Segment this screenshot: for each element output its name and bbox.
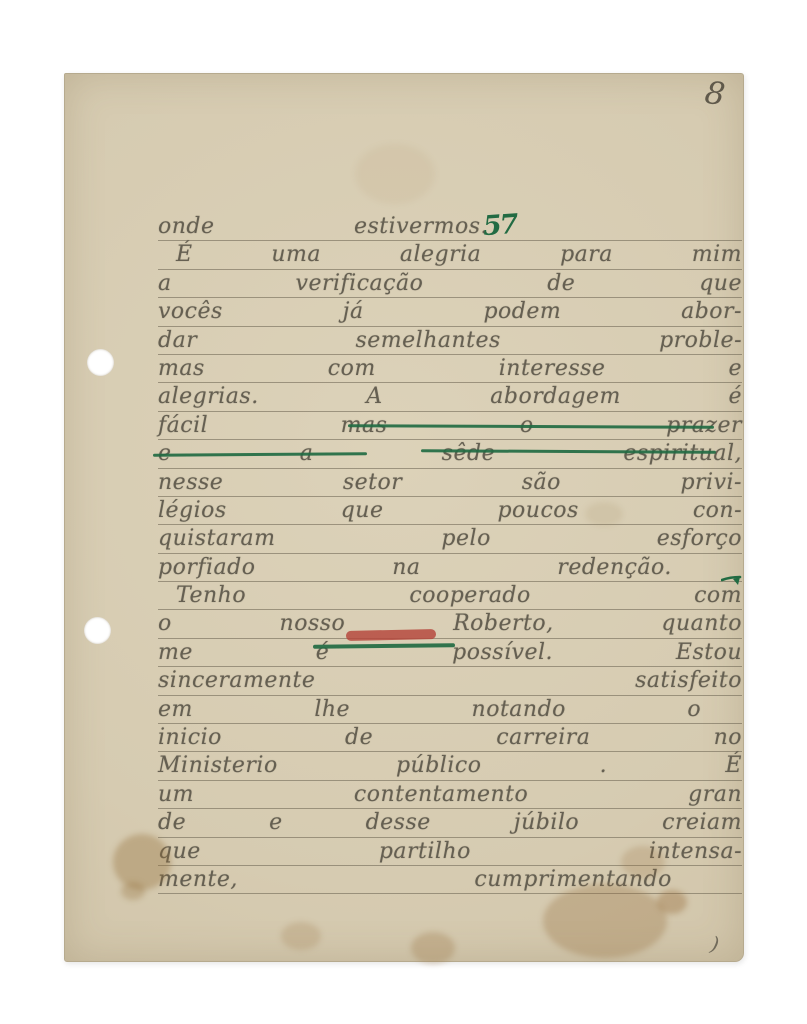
manuscript-line: quistaram pelo esforço <box>158 525 742 553</box>
stain <box>543 884 667 958</box>
manuscript-line: alegrias. A abordagem é <box>158 383 742 411</box>
stain <box>657 890 687 914</box>
manuscript-line: Ministerio público . É <box>158 752 742 780</box>
hole-punch-top <box>87 349 114 376</box>
manuscript-line: porfiado na redenção. <box>158 554 742 582</box>
stain <box>121 882 145 900</box>
manuscript-line: em lhe notando o <box>158 696 742 724</box>
stain <box>281 922 321 950</box>
red-strike-roberto <box>346 629 436 641</box>
stain <box>585 502 623 526</box>
manuscript-line: dar semelhantes proble- <box>158 327 742 355</box>
green-arrow-icon <box>721 569 747 593</box>
scan-background: 8 onde estivermos. É uma alegria para mi… <box>0 0 807 1024</box>
stain <box>113 834 171 890</box>
manuscript-line: mas com interesse e <box>158 355 742 383</box>
hole-punch-bottom <box>84 617 111 644</box>
green-insertion-mark: 57 <box>482 209 518 242</box>
stain <box>621 846 665 878</box>
stain <box>411 932 455 964</box>
manuscript-line: o nosso Roberto, quanto <box>158 610 742 638</box>
manuscript-line: É uma alegria para mim <box>158 241 742 269</box>
manuscript-line: um contentamento gran <box>158 781 742 809</box>
stray-pencil-mark: ) <box>709 931 722 956</box>
manuscript-line: de e desse júbilo creiam <box>158 809 742 837</box>
stain <box>355 144 435 204</box>
page-number: 8 <box>703 75 728 113</box>
manuscript-line: Tenho cooperado com <box>158 582 742 610</box>
manuscript-line: a verificação de que <box>158 270 742 298</box>
ruled-text-area: onde estivermos. É uma alegria para mim … <box>158 213 742 894</box>
manuscript-page: 8 onde estivermos. É uma alegria para mi… <box>64 73 744 962</box>
manuscript-line: légios que poucos con- <box>158 497 742 525</box>
manuscript-line: onde estivermos. <box>158 213 742 241</box>
manuscript-line: vocês já podem abor- <box>158 298 742 326</box>
manuscript-line: sinceramente satisfeito <box>158 667 742 695</box>
manuscript-line: nesse setor são privi- <box>158 469 742 497</box>
manuscript-line: inicio de carreira no <box>158 724 742 752</box>
